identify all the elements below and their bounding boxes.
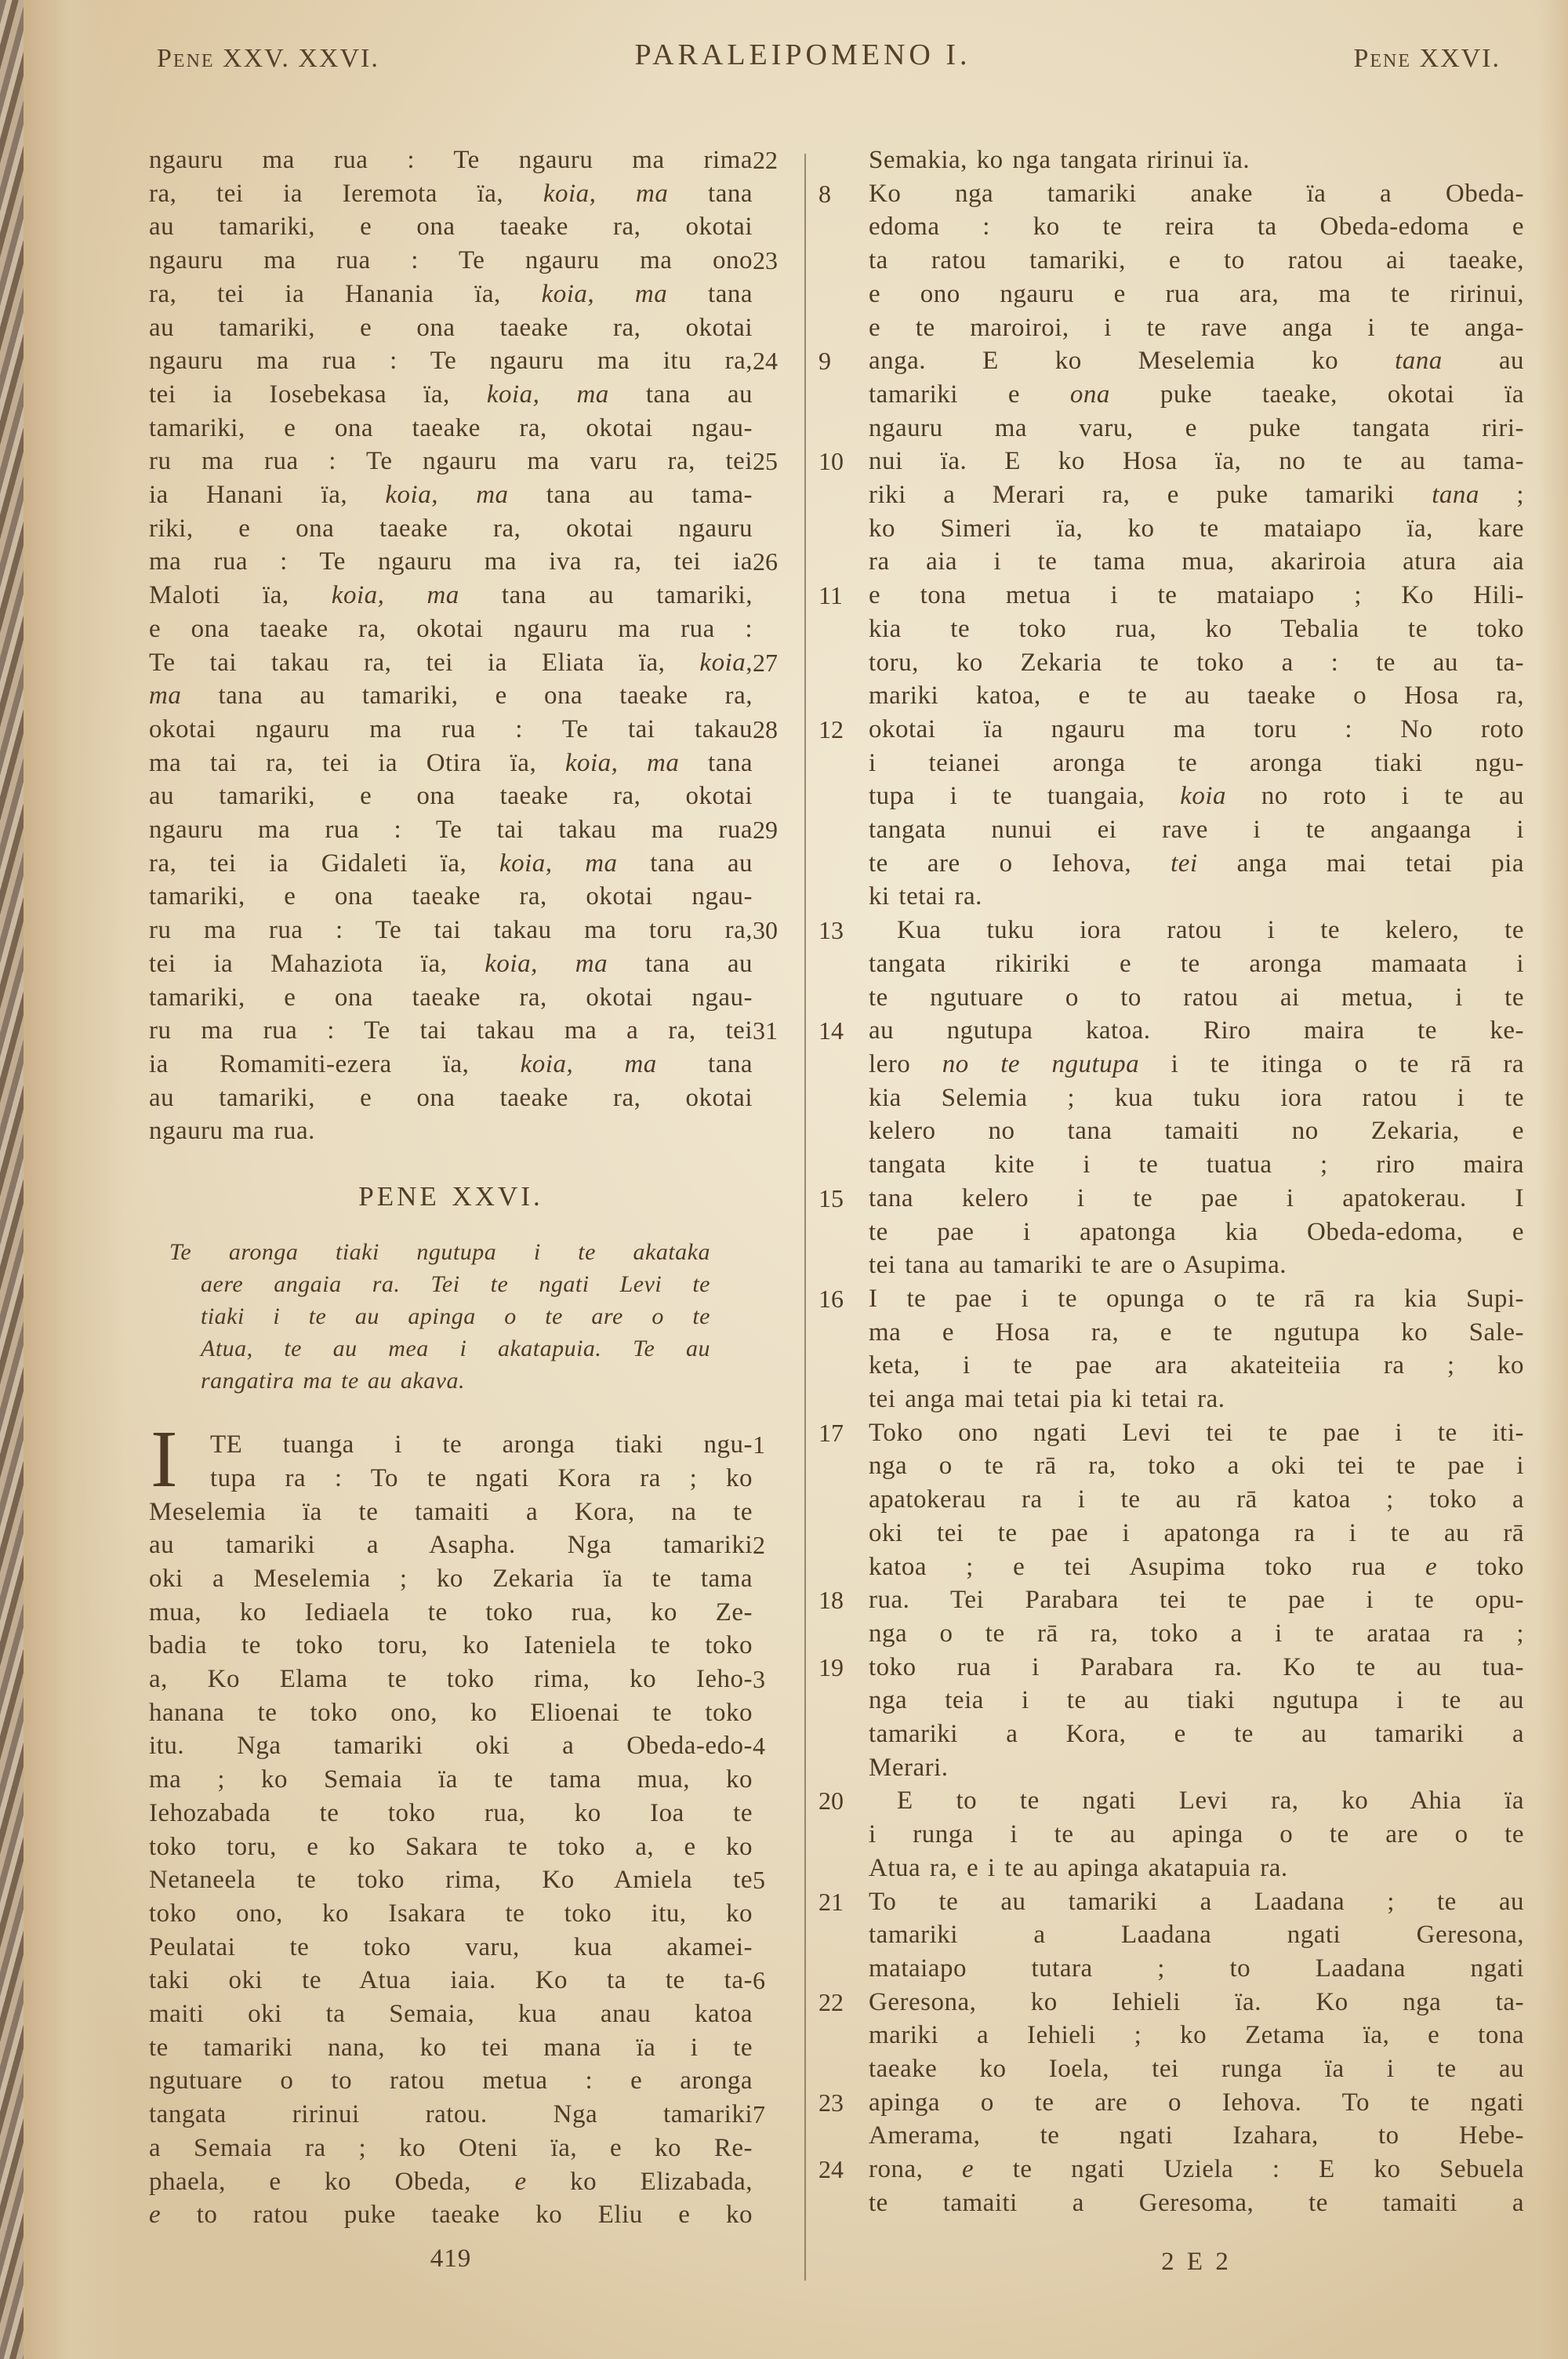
verse-text-line: ngauru ma varu, e puke tangata riri- xyxy=(869,412,1524,445)
verse-text-line: I te pae i te opunga o te rā ra kia Supi… xyxy=(869,1282,1524,1316)
verse-number: 11 xyxy=(818,579,861,612)
verse-number: 7 xyxy=(753,2098,798,2132)
verse-number: 28 xyxy=(753,713,798,747)
verse-text-line: i teianei aronga te aronga tiaki ngu- xyxy=(869,747,1524,780)
verse-text-line: ra, tei ia Hanania ïa, koia, ma tana xyxy=(149,278,753,311)
verse-text-line: ia Romamiti-ezera ïa, koia, ma tana xyxy=(149,1048,753,1081)
verse-text-line: itu. Nga tamariki oki a Obeda-edo-4 xyxy=(149,1729,753,1763)
verse-number: 15 xyxy=(818,1182,861,1216)
verse-text-line: Toko ono ngati Levi tei te pae i te iti-… xyxy=(869,1416,1524,1450)
verse-text-line: ma tai ra, tei ia Otira ïa, koia, ma tan… xyxy=(149,747,753,780)
verse-text-line: riki a Merari ra, e puke tamariki tana ; xyxy=(869,478,1524,512)
summary-line: tiaki i te au apinga o te are o te xyxy=(169,1300,710,1332)
verse-text-line: To te au tamariki a Laadana ; te au21 xyxy=(869,1885,1524,1919)
verse-text-line: Iehozabada te toko rua, ko Ioa te xyxy=(149,1797,753,1830)
verse-number: 23 xyxy=(753,244,798,278)
verse-text-line: Geresona, ko Iehieli ïa. Ko nga ta-22 xyxy=(869,1986,1524,2019)
verse-text-line: Maloti ïa, koia, ma tana au tamariki, xyxy=(149,579,753,612)
verse-text-line: te ngutuare o to ratou ai metua, i te xyxy=(869,981,1524,1015)
verse-text-line: rona, e te ngati Uziela : E ko Sebuela24 xyxy=(869,2153,1524,2186)
verse-text-line: maiti oki ta Semaia, kua anau katoa xyxy=(149,1997,753,2031)
verse-number: 31 xyxy=(753,1014,798,1048)
verse-text-line: Netaneela te toko rima, Ko Amiela te5 xyxy=(149,1863,753,1897)
binding-shadow xyxy=(24,0,125,2359)
summary-line: Atua, te au mea i akatapuia. Te au xyxy=(169,1332,710,1365)
verse-text-line: tupa ra : To te ngati Kora ra ; ko xyxy=(149,1462,753,1496)
verse-text-line: ngutuare o to ratou metua : e aronga xyxy=(149,2064,753,2098)
verse-text-line: tamariki a Kora, e te au tamariki a xyxy=(869,1717,1524,1751)
verse-text-line: e ona taeake ra, okotai ngauru ma rua : xyxy=(149,612,753,646)
verse-text-line: toko toru, e ko Sakara te toko a, e ko xyxy=(149,1830,753,1864)
verse-text-line: tamariki, e ona taeake ra, okotai ngau- xyxy=(149,880,753,914)
verse-number: 22 xyxy=(818,1986,861,2019)
verse-text-line: tana kelero i te pae i apatokerau. I15 xyxy=(869,1182,1524,1216)
verse-number: 16 xyxy=(818,1282,861,1316)
verse-text-line: ia Hanani ïa, koia, ma tana au tama- xyxy=(149,478,753,512)
verse-text-line: ki tetai ra. xyxy=(869,880,1524,914)
verse-text-line: Atua ra, e i te au apinga akatapuia ra. xyxy=(869,1852,1524,1885)
verse-text-line: tamariki, e ona taeake ra, okotai ngau- xyxy=(149,981,753,1015)
verse-text-line: tei tana au tamariki te are o Asupima. xyxy=(869,1249,1524,1282)
verse-text-line: ngauru ma rua : Te ngauru ma rima22 xyxy=(149,144,753,177)
verse-text-line: ra, tei ia Ieremota ïa, koia, ma tana xyxy=(149,177,753,211)
verse-text-line: tamariki, e ona taeake ra, okotai ngau- xyxy=(149,412,753,445)
verse-number: 5 xyxy=(753,1863,798,1897)
verse-text-line: au tamariki, e ona taeake ra, okotai xyxy=(149,210,753,244)
chapter-summary: Te aronga tiaki ngutupa i te akatakaaere… xyxy=(149,1236,753,1397)
verse-text-line: Peulatai te toko varu, kua akamei- xyxy=(149,1931,753,1965)
verse-text-line: okotai ïa ngauru ma toru : No roto12 xyxy=(869,713,1524,747)
verse-text-line: mua, ko Iediaela te toko rua, ko Ze- xyxy=(149,1596,753,1630)
verse-text-line: a, Ko Elama te toko rima, ko Ieho-3 xyxy=(149,1663,753,1696)
verse-text-line: toko ono, ko Isakara te toko itu, ko xyxy=(149,1897,753,1931)
verse-block: ITE tuanga i te aronga tiaki ngu-1tupa r… xyxy=(149,1428,753,2232)
verse-number: 23 xyxy=(818,2086,861,2120)
verse-text-line: phaela, e ko Obeda, e ko Elizabada, xyxy=(149,2165,753,2199)
verse-text-line: e ono ngauru e rua ara, ma te ririnui, xyxy=(869,278,1524,311)
verse-number: 10 xyxy=(818,445,861,478)
summary-line: Te aronga tiaki ngutupa i te akataka xyxy=(169,1236,710,1268)
verse-text-line: tangata nunui ei rave i te angaanga i xyxy=(869,813,1524,847)
verse-text-line: tei ia Mahaziota ïa, koia, ma tana au xyxy=(149,947,753,981)
verse-text-line: au tamariki, e ona taeake ra, okotai xyxy=(149,1081,753,1115)
verse-text-line: apinga o te are o Iehova. To te ngati23 xyxy=(869,2086,1524,2120)
verse-number: 18 xyxy=(818,1583,861,1617)
verse-text-line: taki oki te Atua iaia. Ko ta te ta-6 xyxy=(149,1964,753,1997)
verse-number: 24 xyxy=(753,344,798,378)
verse-text-line: mataiapo tutara ; to Laadana ngati xyxy=(869,1952,1524,1986)
verse-number: 30 xyxy=(753,914,798,947)
verse-text-line: Te tai takau ra, tei ia Eliata ïa, koia,… xyxy=(149,646,753,680)
verse-text-line: ko Simeri ïa, ko te mataiapo ïa, kare xyxy=(869,512,1524,546)
verse-text-line: e te maroiroi, i te rave anga i te anga- xyxy=(869,311,1524,345)
verse-text-line: Ko nga tamariki anake ïa a Obeda-8 xyxy=(869,177,1524,211)
page-number: 419 xyxy=(149,2245,753,2274)
verse-text-line: badia te toko toru, ko Iateniela te toko xyxy=(149,1629,753,1663)
verse-text-line: tupa i te tuangaia, koia no roto i te au xyxy=(869,780,1524,813)
verse-number: 6 xyxy=(753,1964,798,1997)
verse-number: 3 xyxy=(753,1663,798,1696)
running-header-right: Pene XXVI. xyxy=(1353,44,1501,74)
verse-text-line: i runga i te au apinga o te are o te xyxy=(869,1818,1524,1852)
verse-number: 1 xyxy=(753,1428,798,1462)
verse-text-line: ra aia i te tama mua, akariroia atura ai… xyxy=(869,545,1524,579)
verse-text-line: katoa ; e tei Asupima toko rua e toko xyxy=(869,1550,1524,1584)
verse-text-line: riki, e ona taeake ra, okotai ngauru xyxy=(149,512,753,546)
verse-text-line: au tamariki, e ona taeake ra, okotai xyxy=(149,780,753,813)
verse-number: 4 xyxy=(753,1729,798,1763)
verse-text-line: ma rua : Te ngauru ma iva ra, tei ia26 xyxy=(149,545,753,579)
verse-text-line: ru ma rua : Te ngauru ma varu ra, tei25 xyxy=(149,445,753,478)
verse-text-line: oki tei te pae i apatonga ra i te au rā xyxy=(869,1517,1524,1550)
verse-text-line: tamariki a Laadana ngati Geresona, xyxy=(869,1918,1524,1952)
verse-number: 29 xyxy=(753,813,798,847)
verse-text-line: ru ma rua : Te tai takau ma toru ra,30 xyxy=(149,914,753,947)
verse-text-line: tei anga mai tetai pia ki tetai ra. xyxy=(869,1383,1524,1416)
verse-text-line: au ngutupa katoa. Riro maira te ke-14 xyxy=(869,1014,1524,1048)
left-text-column: ngauru ma rua : Te ngauru ma rima22ra, t… xyxy=(149,144,753,2232)
verse-text-line: ngauru ma rua : Te ngauru ma ono23 xyxy=(149,244,753,278)
page-right-edge-shade xyxy=(1538,0,1568,2359)
verse-text-line: mariki katoa, e te au taeake o Hosa ra, xyxy=(869,679,1524,713)
verse-number: 2 xyxy=(753,1528,798,1562)
running-header-title: PARALEIPOMENO I. xyxy=(19,38,1568,72)
verse-number: 27 xyxy=(753,646,798,680)
summary-line: rangatira ma te au akava. xyxy=(169,1365,710,1397)
verse-number: 19 xyxy=(818,1651,861,1685)
verse-text-line: mariki a Iehieli ; ko Zetama ïa, e tona xyxy=(869,2019,1524,2052)
verse-text-line: te are o Iehova, tei anga mai tetai pia xyxy=(869,847,1524,881)
verse-number: 14 xyxy=(818,1014,861,1048)
verse-text-line: E to te ngati Levi ra, ko Ahia ïa20 xyxy=(869,1784,1524,1818)
verse-number: 26 xyxy=(753,545,798,579)
verse-text-line: taeake ko Ioela, tei runga ïa i te au xyxy=(869,2052,1524,2086)
book-page-scan: Pene XXV. XXVI. PARALEIPOMENO I. Pene XX… xyxy=(0,0,1568,2359)
verse-text-line: Merari. xyxy=(869,1751,1524,1785)
verse-text-line: hanana te toko ono, ko Elioenai te toko xyxy=(149,1696,753,1730)
verse-text-line: te pae i apatonga kia Obeda-edoma, e xyxy=(869,1216,1524,1249)
verse-text-line: au tamariki a Asapha. Nga tamariki2 xyxy=(149,1528,753,1562)
verse-text-line: kelero no tana tamaiti no Zekaria, e xyxy=(869,1114,1524,1148)
verse-text-line: edoma : ko te reira ta Obeda-edoma e xyxy=(869,210,1524,244)
verse-text-line: ra, tei ia Gidaleti ïa, koia, ma tana au xyxy=(149,847,753,881)
verse-text-line: nga o te rā ra, toko a oki tei te pae i xyxy=(869,1449,1524,1483)
summary-line: aere angaia ra. Tei te ngati Levi te xyxy=(169,1268,710,1300)
verse-text-line: tangata ririnui ratou. Nga tamariki7 xyxy=(149,2098,753,2132)
column-divider-rule xyxy=(804,154,806,2281)
verse-text-line: rua. Tei Parabara tei te pae i te opu-18 xyxy=(869,1583,1524,1617)
verse-text-line: tangata kite i te tuatua ; riro maira xyxy=(869,1148,1524,1182)
verse-number: 20 xyxy=(818,1784,861,1818)
verse-text-line: lero no te ngutupa i te itinga o te rā r… xyxy=(869,1048,1524,1081)
verse-text-line: e to ratou puke taeake ko Eliu e ko xyxy=(149,2198,753,2232)
verse-text-line: anga. E ko Meselemia ko tana au9 xyxy=(869,344,1524,378)
verse-text-line: nui ïa. E ko Hosa ïa, no te au tama-10 xyxy=(869,445,1524,478)
verse-text-line: ma e Hosa ra, e te ngutupa ko Sale- xyxy=(869,1316,1524,1350)
verse-text-line: Meselemia ïa te tamaiti a Kora, na te xyxy=(149,1496,753,1529)
verse-text-line: ru ma rua : Te tai takau ma a ra, tei31 xyxy=(149,1014,753,1048)
verse-block: Semakia, ko nga tangata ririnui ïa.Ko ng… xyxy=(869,144,1524,2220)
verse-text-line: ngauru ma rua : Te tai takau ma rua29 xyxy=(149,813,753,847)
verse-text-line: nga teia i te au tiaki ngutupa i te au xyxy=(869,1684,1524,1717)
verse-text-line: Kua tuku iora ratou i te kelero, te13 xyxy=(869,914,1524,947)
verse-text-line: ta ratou tamariki, e to ratou ai taeake, xyxy=(869,244,1524,278)
signature-mark: 2 E 2 xyxy=(869,2248,1524,2277)
verse-number: 12 xyxy=(818,713,861,747)
verse-text-line: te tamariki nana, ko tei mana ïa i te xyxy=(149,2031,753,2065)
verse-number: 24 xyxy=(818,2153,861,2186)
verse-number: 17 xyxy=(818,1416,861,1450)
verse-text-line: Semakia, ko nga tangata ririnui ïa. xyxy=(869,144,1524,177)
verse-text-line: oki a Meselemia ; ko Zekaria ïa te tama xyxy=(149,1562,753,1596)
verse-text-line: tei ia Iosebekasa ïa, koia, ma tana au xyxy=(149,378,753,412)
right-text-column: Semakia, ko nga tangata ririnui ïa.Ko ng… xyxy=(869,144,1524,2220)
verse-text-line: keta, i te pae ara akateiteiia ra ; ko xyxy=(869,1349,1524,1383)
verse-text-line: TE tuanga i te aronga tiaki ngu-1 xyxy=(149,1428,753,1462)
verse-text-line: te tamaiti a Geresoma, te tamaiti a xyxy=(869,2186,1524,2220)
verse-text-line: toko rua i Parabara ra. Ko te au tua-19 xyxy=(869,1651,1524,1685)
verse-text-line: au tamariki, e ona taeake ra, okotai xyxy=(149,311,753,345)
verse-text-line: tangata rikiriki e te aronga mamaata i xyxy=(869,947,1524,981)
verse-text-line: ngauru ma rua. xyxy=(149,1114,753,1148)
verse-text-line: apatokerau ra i te au rā katoa ; toko a xyxy=(869,1483,1524,1517)
verse-text-line: Amerama, te ngati Izahara, to Hebe- xyxy=(869,2119,1524,2153)
chapter-heading: PENE XXVI. xyxy=(149,1178,753,1216)
verse-text-line: a Semaia ra ; ko Oteni ïa, e ko Re- xyxy=(149,2132,753,2165)
verse-number: 13 xyxy=(818,914,861,947)
verse-text-line: kia Selemia ; kua tuku iora ratou i te xyxy=(869,1081,1524,1115)
verse-number: 22 xyxy=(753,144,798,177)
verse-text-line: ma ; ko Semaia ïa te tama mua, ko xyxy=(149,1763,753,1797)
verse-block: ngauru ma rua : Te ngauru ma rima22ra, t… xyxy=(149,144,753,1148)
verse-text-line: toru, ko Zekaria te toko a : te au ta- xyxy=(869,646,1524,680)
verse-number: 21 xyxy=(818,1885,861,1919)
verse-text-line: nga o te rā ra, toko a i te arataa ra ; xyxy=(869,1617,1524,1651)
book-binding-edge xyxy=(0,0,25,2359)
verse-text-line: tamariki e ona puke taeake, okotai ïa xyxy=(869,378,1524,412)
verse-text-line: ngauru ma rua : Te ngauru ma itu ra,24 xyxy=(149,344,753,378)
verse-text-line: kia te toko rua, ko Tebalia te toko xyxy=(869,612,1524,646)
verse-text-line: ma tana au tamariki, e ona taeake ra, xyxy=(149,679,753,713)
verse-number: 25 xyxy=(753,445,798,478)
verse-text-line: okotai ngauru ma rua : Te tai takau28 xyxy=(149,713,753,747)
verse-number: 9 xyxy=(818,344,861,378)
verse-text-line: e tona metua i te mataiapo ; Ko Hili-11 xyxy=(869,579,1524,612)
verse-number: 8 xyxy=(818,177,861,211)
